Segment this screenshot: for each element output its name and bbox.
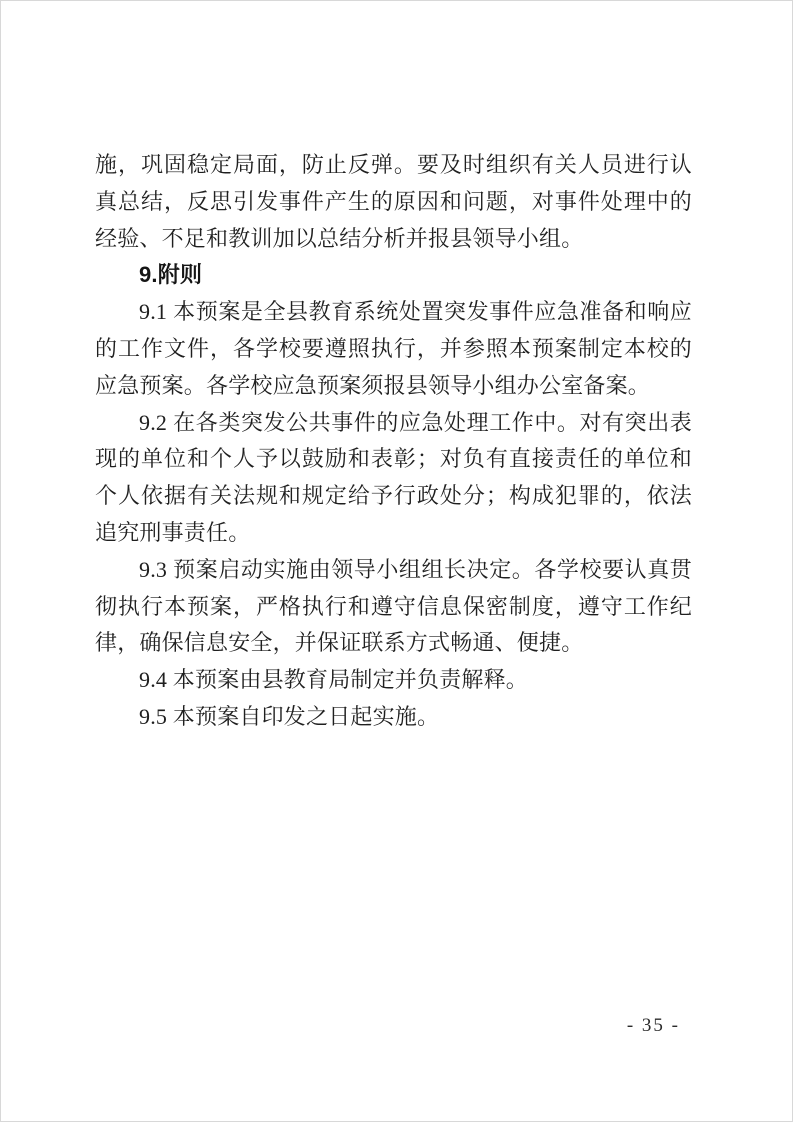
section-heading-9: 9.附则: [95, 257, 692, 294]
paragraph-9-4: 9.4 本预案由县教育局制定并负责解释。: [95, 662, 692, 699]
paragraph-9-1: 9.1 本预案是全县教育系统处置突发事件应急准备和响应的工作文件，各学校要遵照执…: [95, 294, 692, 404]
paragraph-9-2: 9.2 在各类突发公共事件的应急处理工作中。对有突出表现的单位和个人予以鼓励和表…: [95, 405, 692, 552]
document-page: 施，巩固稳定局面，防止反弹。要及时组织有关人员进行认真总结，反思引发事件产生的原…: [0, 0, 793, 1122]
document-body: 施，巩固稳定局面，防止反弹。要及时组织有关人员进行认真总结，反思引发事件产生的原…: [95, 147, 692, 736]
continuation-paragraph: 施，巩固稳定局面，防止反弹。要及时组织有关人员进行认真总结，反思引发事件产生的原…: [95, 147, 692, 257]
paragraph-9-3: 9.3 预案启动实施由领导小组组长决定。各学校要认真贯彻执行本预案，严格执行和遵…: [95, 552, 692, 662]
page-number: - 35 -: [627, 1014, 680, 1038]
paragraph-9-5: 9.5 本预案自印发之日起实施。: [95, 699, 692, 736]
